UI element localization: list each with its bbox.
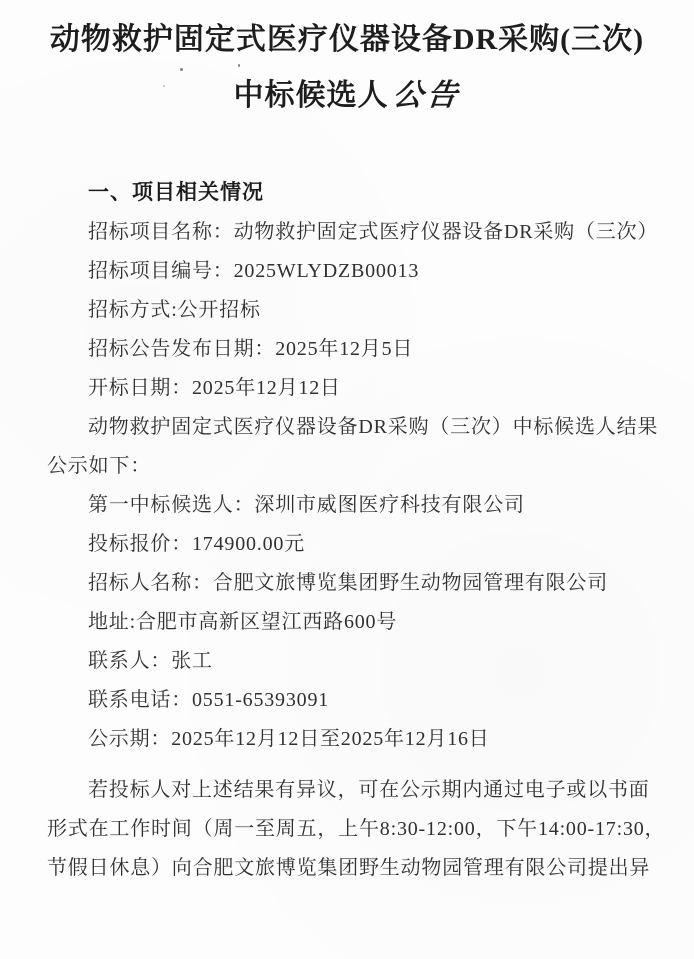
result-intro-line-2: 公示如下： bbox=[47, 447, 650, 486]
project-number-line: 招标项目编号：2025WLYDZB00013 bbox=[47, 252, 650, 291]
document-title-line-2: 中标候选人公告 bbox=[0, 68, 694, 124]
publicity-period-line: 公示期：2025年12月12日至2025年12月16日 bbox=[47, 720, 650, 759]
objection-paragraph-line-3: 节假日休息）向合肥文旅博览集团野生动物园管理有限公司提出异 bbox=[47, 849, 650, 888]
address-line: 地址:合肥市高新区望江西路600号 bbox=[47, 603, 650, 642]
scan-speck bbox=[238, 64, 240, 67]
tenderer-name-line: 招标人名称：合肥文旅博览集团野生动物园管理有限公司 bbox=[47, 564, 650, 603]
objection-paragraph-line-2: 形式在工作时间（周一至周五，上午8:30-12:00，下午14:00-17:30… bbox=[47, 810, 650, 849]
first-candidate-line: 第一中标候选人：深圳市威图医疗科技有限公司 bbox=[47, 486, 650, 525]
bid-opening-date-line: 开标日期：2025年12月12日 bbox=[47, 369, 650, 408]
scan-speck bbox=[163, 85, 165, 87]
section-heading-project-info: 一、项目相关情况 bbox=[88, 173, 648, 213]
document-title-line-1: 动物救护固定式医疗仪器设备DR采购(三次) bbox=[0, 12, 694, 68]
result-intro-line-1: 动物救护固定式医疗仪器设备DR采购（三次）中标候选人结果 bbox=[47, 408, 650, 447]
objection-paragraph-line-1: 若投标人对上述结果有异议，可在公示期内通过电子或以书面 bbox=[47, 771, 650, 810]
document-title: 动物救护固定式医疗仪器设备DR采购(三次) 中标候选人公告 bbox=[0, 0, 694, 124]
document-page: 动物救护固定式医疗仪器设备DR采购(三次) 中标候选人公告 一、项目相关情况 招… bbox=[0, 0, 694, 959]
bid-method-line: 招标方式:公开招标 bbox=[47, 291, 650, 330]
document-body: 招标项目名称：动物救护固定式医疗仪器设备DR采购（三次） 招标项目编号：2025… bbox=[47, 213, 650, 888]
project-name-line: 招标项目名称：动物救护固定式医疗仪器设备DR采购（三次） bbox=[47, 213, 650, 252]
contact-phone-line: 联系电话：0551-65393091 bbox=[47, 681, 650, 720]
scan-speck bbox=[180, 68, 183, 71]
bid-price-line: 投标报价：174900.00元 bbox=[47, 525, 650, 564]
document-title-line-2-text: 中标候选人 bbox=[234, 79, 389, 112]
document-title-line-2-cursive: 公告 bbox=[386, 68, 464, 124]
announcement-date-line: 招标公告发布日期：2025年12月5日 bbox=[47, 330, 650, 369]
contact-person-line: 联系人：张工 bbox=[47, 642, 650, 681]
